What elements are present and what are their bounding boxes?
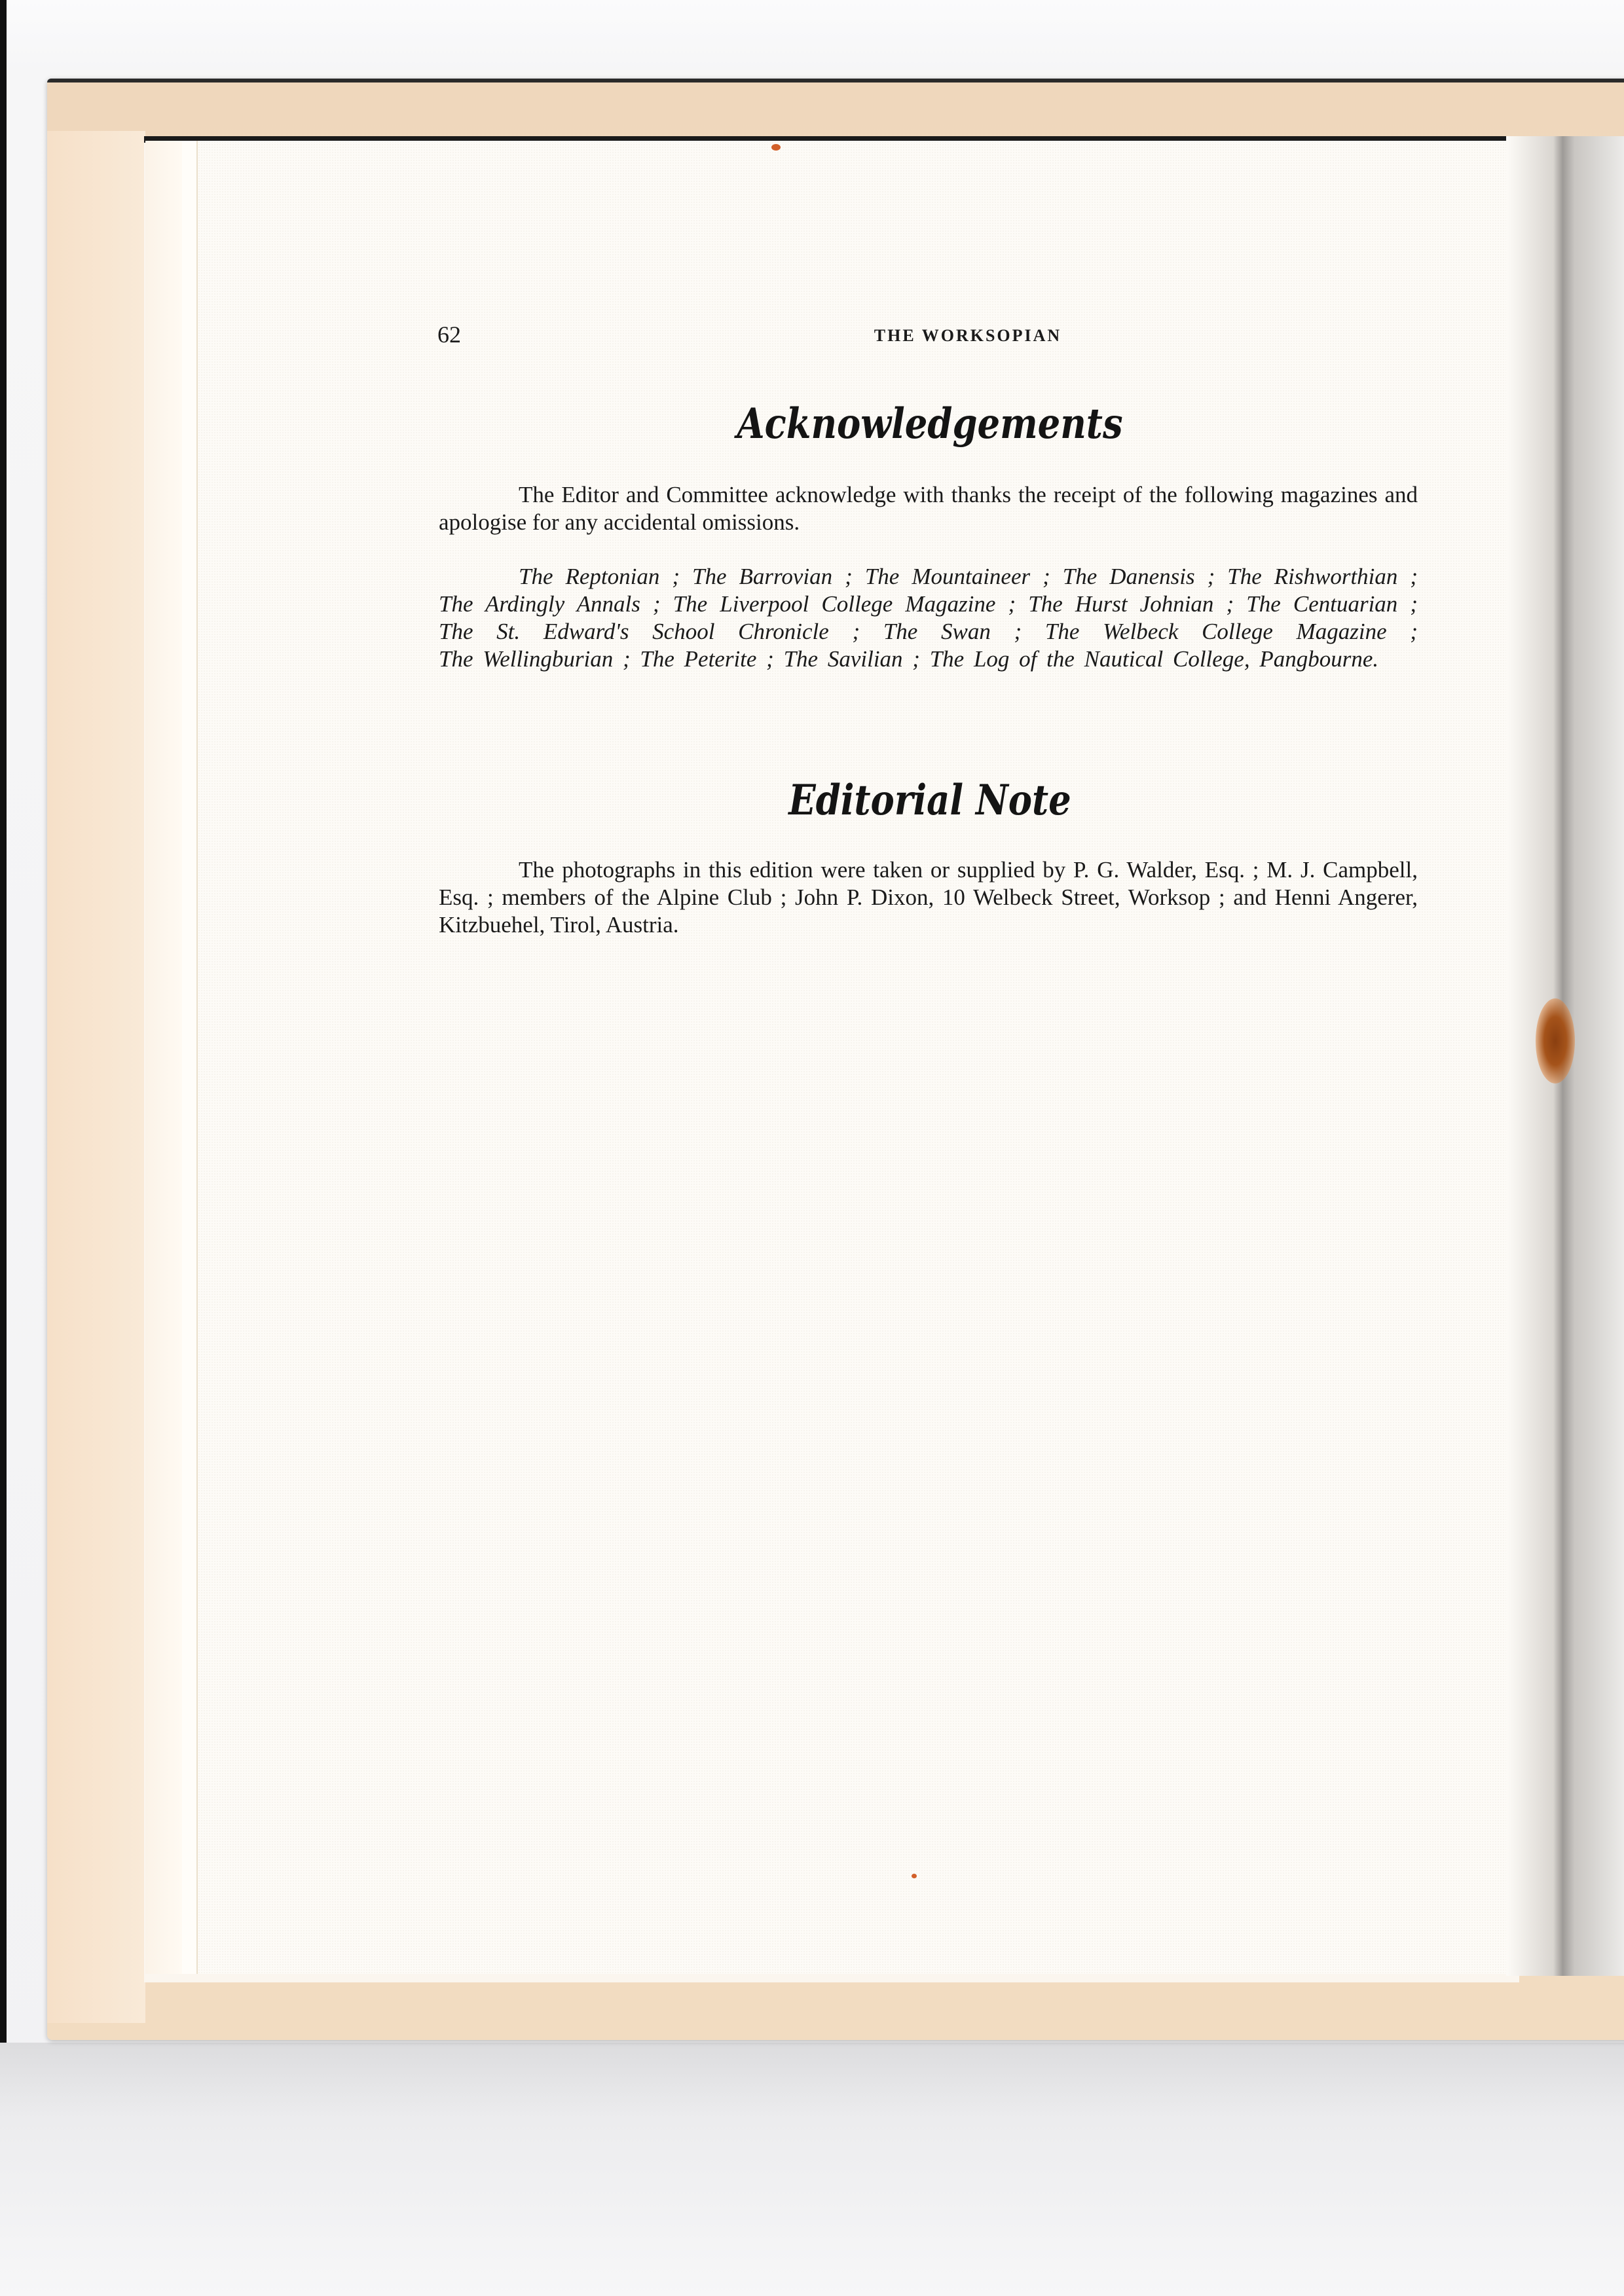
scanner-edge: [0, 0, 7, 2296]
magazine-item: The Mountaineer ;: [865, 564, 1050, 589]
rust-stain: [1536, 998, 1575, 1084]
page-edge: [182, 141, 198, 1974]
magazine-item: The Ardingly Annals ;: [439, 591, 661, 617]
page-edge: [145, 141, 183, 1974]
magazine-item: The Danensis ;: [1063, 564, 1215, 589]
editorial-note-heading: Editorial Note: [513, 776, 1348, 825]
magazine-item: The Barrovian ;: [692, 564, 853, 589]
journal-title: THE WORKSOPIAN: [830, 326, 1105, 346]
acknowledgements-intro: The Editor and Committee acknowledge wit…: [439, 481, 1418, 536]
cover-left-edge: [47, 131, 145, 2023]
acknowledgements-heading: Acknowledgements: [513, 399, 1348, 448]
page-number: 62: [437, 321, 461, 348]
magazine-item: The St. Edward's School Chronicle ;: [439, 619, 860, 644]
editorial-note-body: The photographs in this edition were tak…: [439, 856, 1418, 939]
running-head: 62 THE WORKSOPIAN: [437, 321, 1420, 354]
ink-speck: [771, 144, 781, 151]
magazine-item: The Rishworthian ;: [1227, 564, 1418, 589]
magazine-item: The Wellingburian ;: [439, 646, 631, 672]
magazine-item: The Welbeck College Magazine ;: [1045, 619, 1418, 644]
magazine-item: The Log of the Nautical College, Pangbou…: [930, 646, 1378, 672]
magazine-list: The Reptonian ; The Barrovian ; The Moun…: [439, 563, 1418, 673]
magazine-item: The Swan ;: [883, 619, 1022, 644]
ink-speck: [912, 1874, 917, 1878]
magazine-item: The Peterite ;: [640, 646, 773, 672]
magazine-item: The Centuarian ;: [1246, 591, 1418, 617]
scanner-bottom-shade: [0, 2043, 1624, 2296]
magazine-item: The Liverpool College Magazine ;: [673, 591, 1016, 617]
magazine-item: The Reptonian ;: [519, 564, 680, 589]
magazine-item: The Savilian ;: [784, 646, 920, 672]
magazine-item: The Hurst Johnian ;: [1028, 591, 1234, 617]
